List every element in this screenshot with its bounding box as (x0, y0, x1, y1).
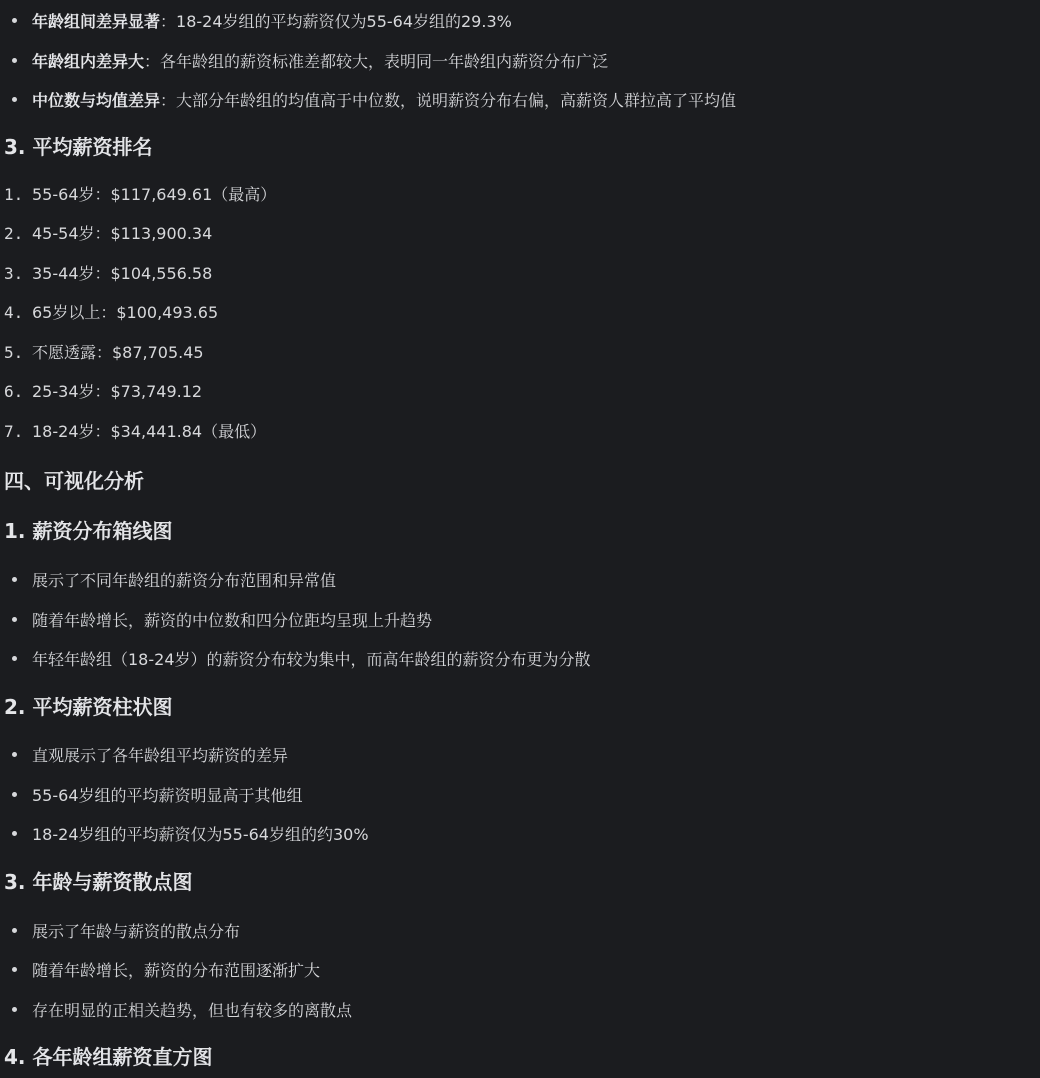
ranking-item: 1.55-64岁：$117,649.61（最高） (4, 183, 276, 207)
list-item: 中位数与均值差异 ：大部分年龄组的均值高于中位数，说明薪资分布右偏，高薪资人群拉… (0, 87, 736, 111)
list-item: 年轻年龄组（18-24岁）的薪资分布较为集中，而高年龄组的薪资分布更为分散 (0, 646, 591, 670)
bullet-icon (12, 58, 17, 63)
ranking-text: 55-64岁：$117,649.61（最高） (32, 185, 276, 204)
subheading-histogram: 4. 各年龄组薪资直方图 (4, 1043, 212, 1071)
bullet-icon (12, 1007, 17, 1012)
bullet-text: 存在明显的正相关趋势，但也有较多的离散点 (32, 998, 352, 1021)
bullet-icon (12, 967, 17, 972)
list-item: 展示了年龄与薪资的散点分布 (0, 918, 240, 942)
list-item: 随着年龄增长，薪资的分布范围逐渐扩大 (0, 957, 320, 981)
bullet-text: ：18-24岁组的平均薪资仅为55-64岁组的29.3% (160, 9, 512, 32)
bullet-text: 年轻年龄组（18-24岁）的薪资分布较为集中，而高年龄组的薪资分布更为分散 (32, 647, 591, 670)
list-item: 存在明显的正相关趋势，但也有较多的离散点 (0, 997, 352, 1021)
list-item: 展示了不同年龄组的薪资分布范围和异常值 (0, 567, 336, 591)
bullet-icon (12, 18, 17, 23)
bullet-icon (12, 656, 17, 661)
bullet-icon (12, 577, 17, 582)
list-item: 年龄组间差异显著 ：18-24岁组的平均薪资仅为55-64岁组的29.3% (0, 8, 512, 32)
ranking-item: 3.35-44岁：$104,556.58 (4, 262, 212, 286)
list-item: 直观展示了各年龄组平均薪资的差异 (0, 742, 288, 766)
bullet-text: 直观展示了各年龄组平均薪资的差异 (32, 743, 288, 766)
bullet-text: 展示了不同年龄组的薪资分布范围和异常值 (32, 568, 336, 591)
bullet-icon (12, 752, 17, 757)
ranking-number: 7. (4, 420, 32, 444)
ranking-number: 1. (4, 183, 32, 207)
bullet-text: 18-24岁组的平均薪资仅为55-64岁组的约30% (32, 822, 369, 845)
list-item: 18-24岁组的平均薪资仅为55-64岁组的约30% (0, 821, 369, 845)
bullet-text: ：各年龄组的薪资标准差都较大，表明同一年龄组内薪资分布广泛 (144, 49, 608, 72)
bullet-icon (12, 792, 17, 797)
list-item: 随着年龄增长，薪资的中位数和四分位距均呈现上升趋势 (0, 607, 432, 631)
list-item: 年龄组内差异大 ：各年龄组的薪资标准差都较大，表明同一年龄组内薪资分布广泛 (0, 48, 608, 72)
subheading-boxplot: 1. 薪资分布箱线图 (4, 517, 172, 545)
ranking-item: 6.25-34岁：$73,749.12 (4, 380, 202, 404)
ranking-text: 18-24岁：$34,441.84（最低） (32, 422, 266, 441)
ranking-item: 5.不愿透露：$87,705.45 (4, 341, 204, 365)
bullet-icon (12, 928, 17, 933)
ranking-number: 6. (4, 380, 32, 404)
ranking-number: 4. (4, 301, 32, 325)
bullet-icon (12, 617, 17, 622)
ranking-number: 2. (4, 222, 32, 246)
ranking-text: 65岁以上：$100,493.65 (32, 303, 218, 322)
bullet-bold-label: 年龄组间差异显著 (32, 9, 160, 32)
bullet-text: ：大部分年龄组的均值高于中位数，说明薪资分布右偏，高薪资人群拉高了平均值 (160, 88, 736, 111)
bullet-text: 展示了年龄与薪资的散点分布 (32, 919, 240, 942)
subheading-barchart: 2. 平均薪资柱状图 (4, 693, 172, 721)
bullet-text: 随着年龄增长，薪资的中位数和四分位距均呈现上升趋势 (32, 608, 432, 631)
list-item: 55-64岁组的平均薪资明显高于其他组 (0, 782, 303, 806)
bullet-bold-label: 中位数与均值差异 (32, 88, 160, 111)
ranking-number: 5. (4, 341, 32, 365)
ranking-number: 3. (4, 262, 32, 286)
ranking-text: 45-54岁：$113,900.34 (32, 224, 212, 243)
bullet-icon (12, 97, 17, 102)
section-heading-ranking: 3. 平均薪资排名 (4, 133, 152, 161)
bullet-bold-label: 年龄组内差异大 (32, 49, 144, 72)
ranking-item: 7.18-24岁：$34,441.84（最低） (4, 420, 266, 444)
ranking-text: 不愿透露：$87,705.45 (32, 343, 204, 362)
ranking-item: 2.45-54岁：$113,900.34 (4, 222, 212, 246)
bullet-text: 55-64岁组的平均薪资明显高于其他组 (32, 783, 303, 806)
ranking-item: 4.65岁以上：$100,493.65 (4, 301, 218, 325)
subheading-scatter: 3. 年龄与薪资散点图 (4, 868, 192, 896)
bullet-text: 随着年龄增长，薪资的分布范围逐渐扩大 (32, 958, 320, 981)
bullet-icon (12, 831, 17, 836)
ranking-text: 35-44岁：$104,556.58 (32, 264, 212, 283)
section-heading-visualization: 四、可视化分析 (4, 467, 144, 495)
ranking-text: 25-34岁：$73,749.12 (32, 382, 202, 401)
